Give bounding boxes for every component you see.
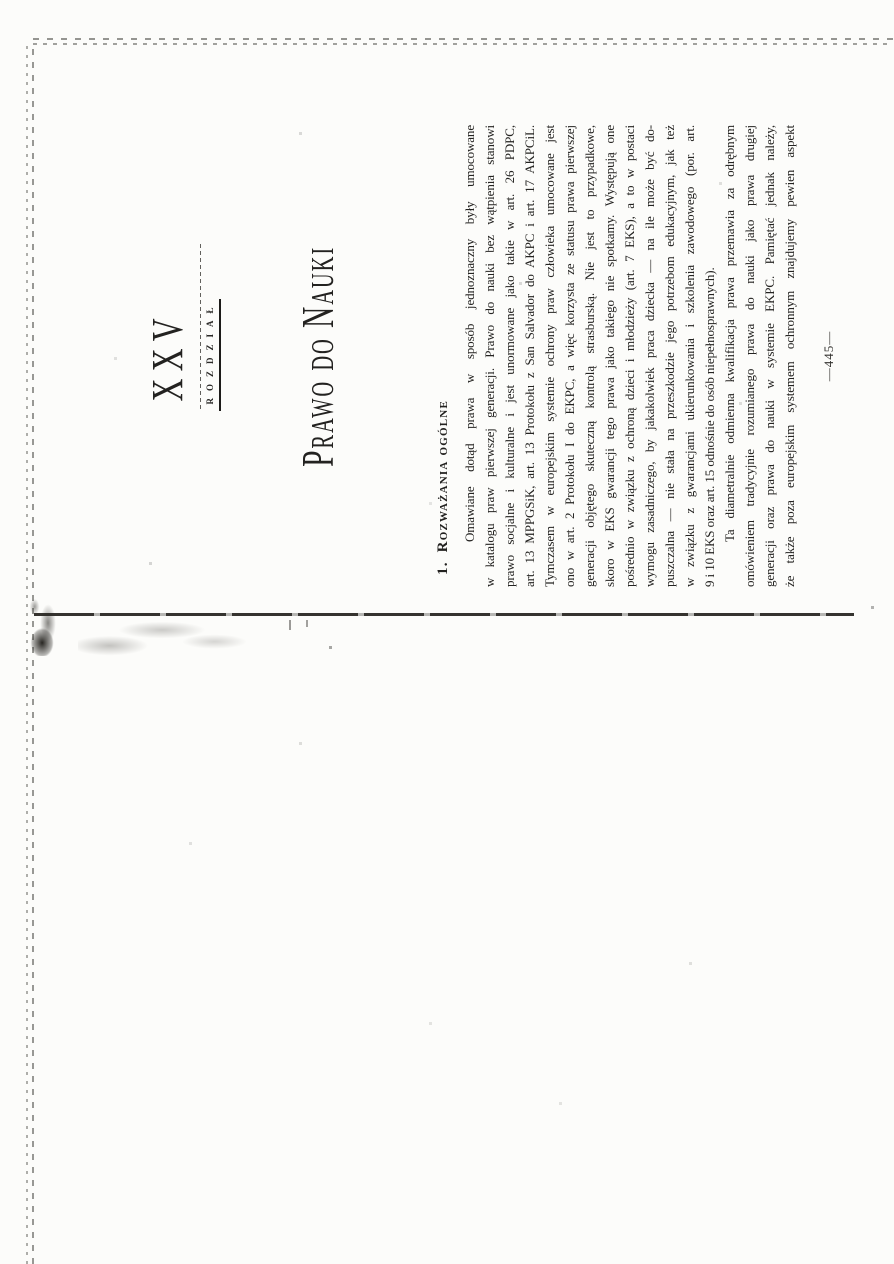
text-line: prawo socjalne i kulturalne i jest unorm… bbox=[500, 125, 520, 587]
text-line: 9 i 10 EKS oraz art. 15 odnośnie do osób… bbox=[700, 125, 720, 587]
pencil-tick-marks bbox=[286, 616, 318, 632]
text-line: ono w art. 2 Protokołu I do EKPC, a więc… bbox=[560, 125, 580, 587]
chapter-banner: ROZDZIAŁ bbox=[200, 125, 224, 587]
page-number: —445— bbox=[821, 125, 837, 587]
scanned-document-canvas: XXV ROZDZIAŁ Prawo do Nauki 1.Rozważania… bbox=[0, 0, 894, 1264]
page-title: Prawo do Nauki bbox=[294, 125, 342, 587]
text-line: puszczalna — nie stała na przeszkodzie j… bbox=[660, 125, 680, 587]
text-line: wymogu zasadniczego, by jakakolwiek prac… bbox=[640, 125, 660, 587]
chapter-label: ROZDZIAŁ bbox=[204, 125, 217, 587]
chapter-number: XXV bbox=[146, 125, 190, 587]
scan-page: XXV ROZDZIAŁ Prawo do Nauki 1.Rozważania… bbox=[0, 0, 894, 1264]
section-title: Rozważania ogólne bbox=[435, 400, 451, 552]
section-heading: 1.Rozważania ogólne bbox=[433, 400, 453, 575]
paragraph: Omawiane dotąd prawa w sposób jednoznacz… bbox=[460, 125, 720, 587]
paragraph: Ta diametralnie odmienna kwalifikacja pr… bbox=[720, 125, 800, 587]
smudge-artifact bbox=[78, 608, 253, 666]
chapter-number-text: XXV bbox=[146, 311, 190, 401]
text-line: skoro w EKS gwarancji tego prawa jako ta… bbox=[600, 125, 620, 587]
text-line: Omawiane dotąd prawa w sposób jednoznacz… bbox=[460, 125, 480, 587]
chapter-rule-bottom bbox=[219, 299, 221, 411]
section-number: 1. bbox=[435, 561, 451, 575]
chapter-rule-top bbox=[200, 243, 201, 409]
text-line: w katalogu praw pierwszej generacji. Pra… bbox=[480, 125, 500, 587]
page-title-text: Prawo do Nauki bbox=[294, 246, 342, 467]
text-line: pośrednio w związku z ochroną dzieci i m… bbox=[620, 125, 640, 587]
text-line: generacji oraz prawa do nauki w systemie… bbox=[760, 125, 780, 587]
text-line: generacji objętego skuteczną kontrolą st… bbox=[580, 125, 600, 587]
page-right-edge-line bbox=[33, 36, 893, 45]
ink-blob-artifact bbox=[22, 596, 64, 656]
text-line: Tymczasem w europejskim systemie ochrony… bbox=[540, 125, 560, 587]
text-line: omówieniem tradycyjnie rozumianego prawa… bbox=[740, 125, 760, 587]
body-text: Omawiane dotąd prawa w sposób jednoznacz… bbox=[460, 125, 800, 587]
text-line: Ta diametralnie odmienna kwalifikacja pr… bbox=[720, 125, 740, 587]
text-line: art. 13 MPPGSiK, art. 13 Protokołu z San… bbox=[520, 125, 540, 587]
text-line: w związku z gwarancjami ukierunkowania i… bbox=[680, 125, 700, 587]
text-line: że także poza europejskim systemem ochro… bbox=[780, 125, 800, 587]
